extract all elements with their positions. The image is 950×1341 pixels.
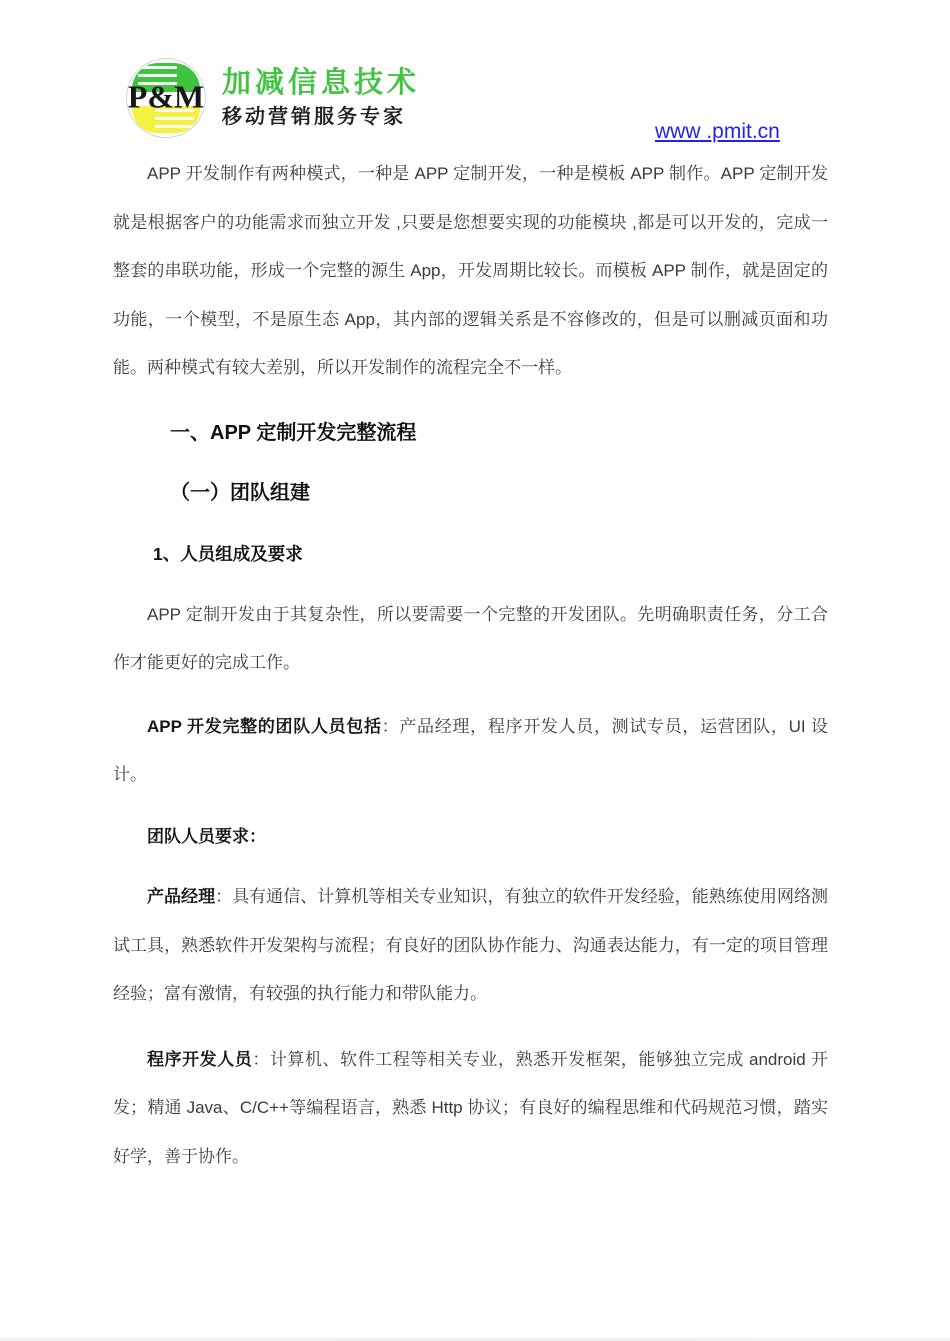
heading-subsection-team-building: （一）团队组建 <box>113 479 828 507</box>
text-run-product-manager: ：具有通信、计算机等相关专业知识，有独立的软件开发经验，能熟练使用网络测试工具，… <box>113 887 828 1003</box>
bold-run-product-manager: 产品经理 <box>147 887 215 906</box>
paragraph-intro: APP 开发制作有两种模式，一种是 APP 定制开发，一种是模板 APP 制作。… <box>113 150 828 393</box>
document-body: APP 开发制作有两种模式，一种是 APP 定制开发，一种是模板 APP 制作。… <box>113 150 828 1181</box>
bold-run-team-members: APP 开发完整的团队人员包括 <box>147 717 382 736</box>
company-logo: P&M 加减信息技术 移动营销服务专家 <box>126 58 420 138</box>
paragraph-team-requirements-label: 团队人员要求： <box>113 813 828 862</box>
paragraph-developer: 程序开发人员：计算机、软件工程等相关专业，熟悉开发框架，能够独立完成 andro… <box>113 1036 828 1182</box>
brand-name: 加减信息技术 <box>222 68 420 100</box>
bold-run-team-requirements: 团队人员要求： <box>147 827 266 846</box>
letterhead: P&M 加减信息技术 移动营销服务专家 www .pmit.cn <box>0 0 950 150</box>
logo-text: 加减信息技术 移动营销服务专家 <box>222 68 420 128</box>
brand-tagline: 移动营销服务专家 <box>222 106 420 128</box>
paragraph-team-need: APP 定制开发由于其复杂性，所以要需要一个完整的开发团队。先明确职责任务，分工… <box>113 591 828 688</box>
heading-section-1: 一、APP 定制开发完整流程 <box>113 419 828 447</box>
logo-monogram: P&M <box>128 81 204 113</box>
document-page: P&M 加减信息技术 移动营销服务专家 www .pmit.cn APP 开发制… <box>0 0 950 1341</box>
heading-item-personnel: 1、人员组成及要求 <box>113 541 828 567</box>
logo-circle-icon: P&M <box>126 58 206 138</box>
bold-run-developer: 程序开发人员 <box>147 1050 252 1069</box>
website-link[interactable]: www .pmit.cn <box>655 119 780 144</box>
paragraph-team-members: APP 开发完整的团队人员包括：产品经理，程序开发人员，测试专员，运营团队，UI… <box>113 703 828 800</box>
paragraph-product-manager: 产品经理：具有通信、计算机等相关专业知识，有独立的软件开发经验，能熟练使用网络测… <box>113 873 828 1019</box>
